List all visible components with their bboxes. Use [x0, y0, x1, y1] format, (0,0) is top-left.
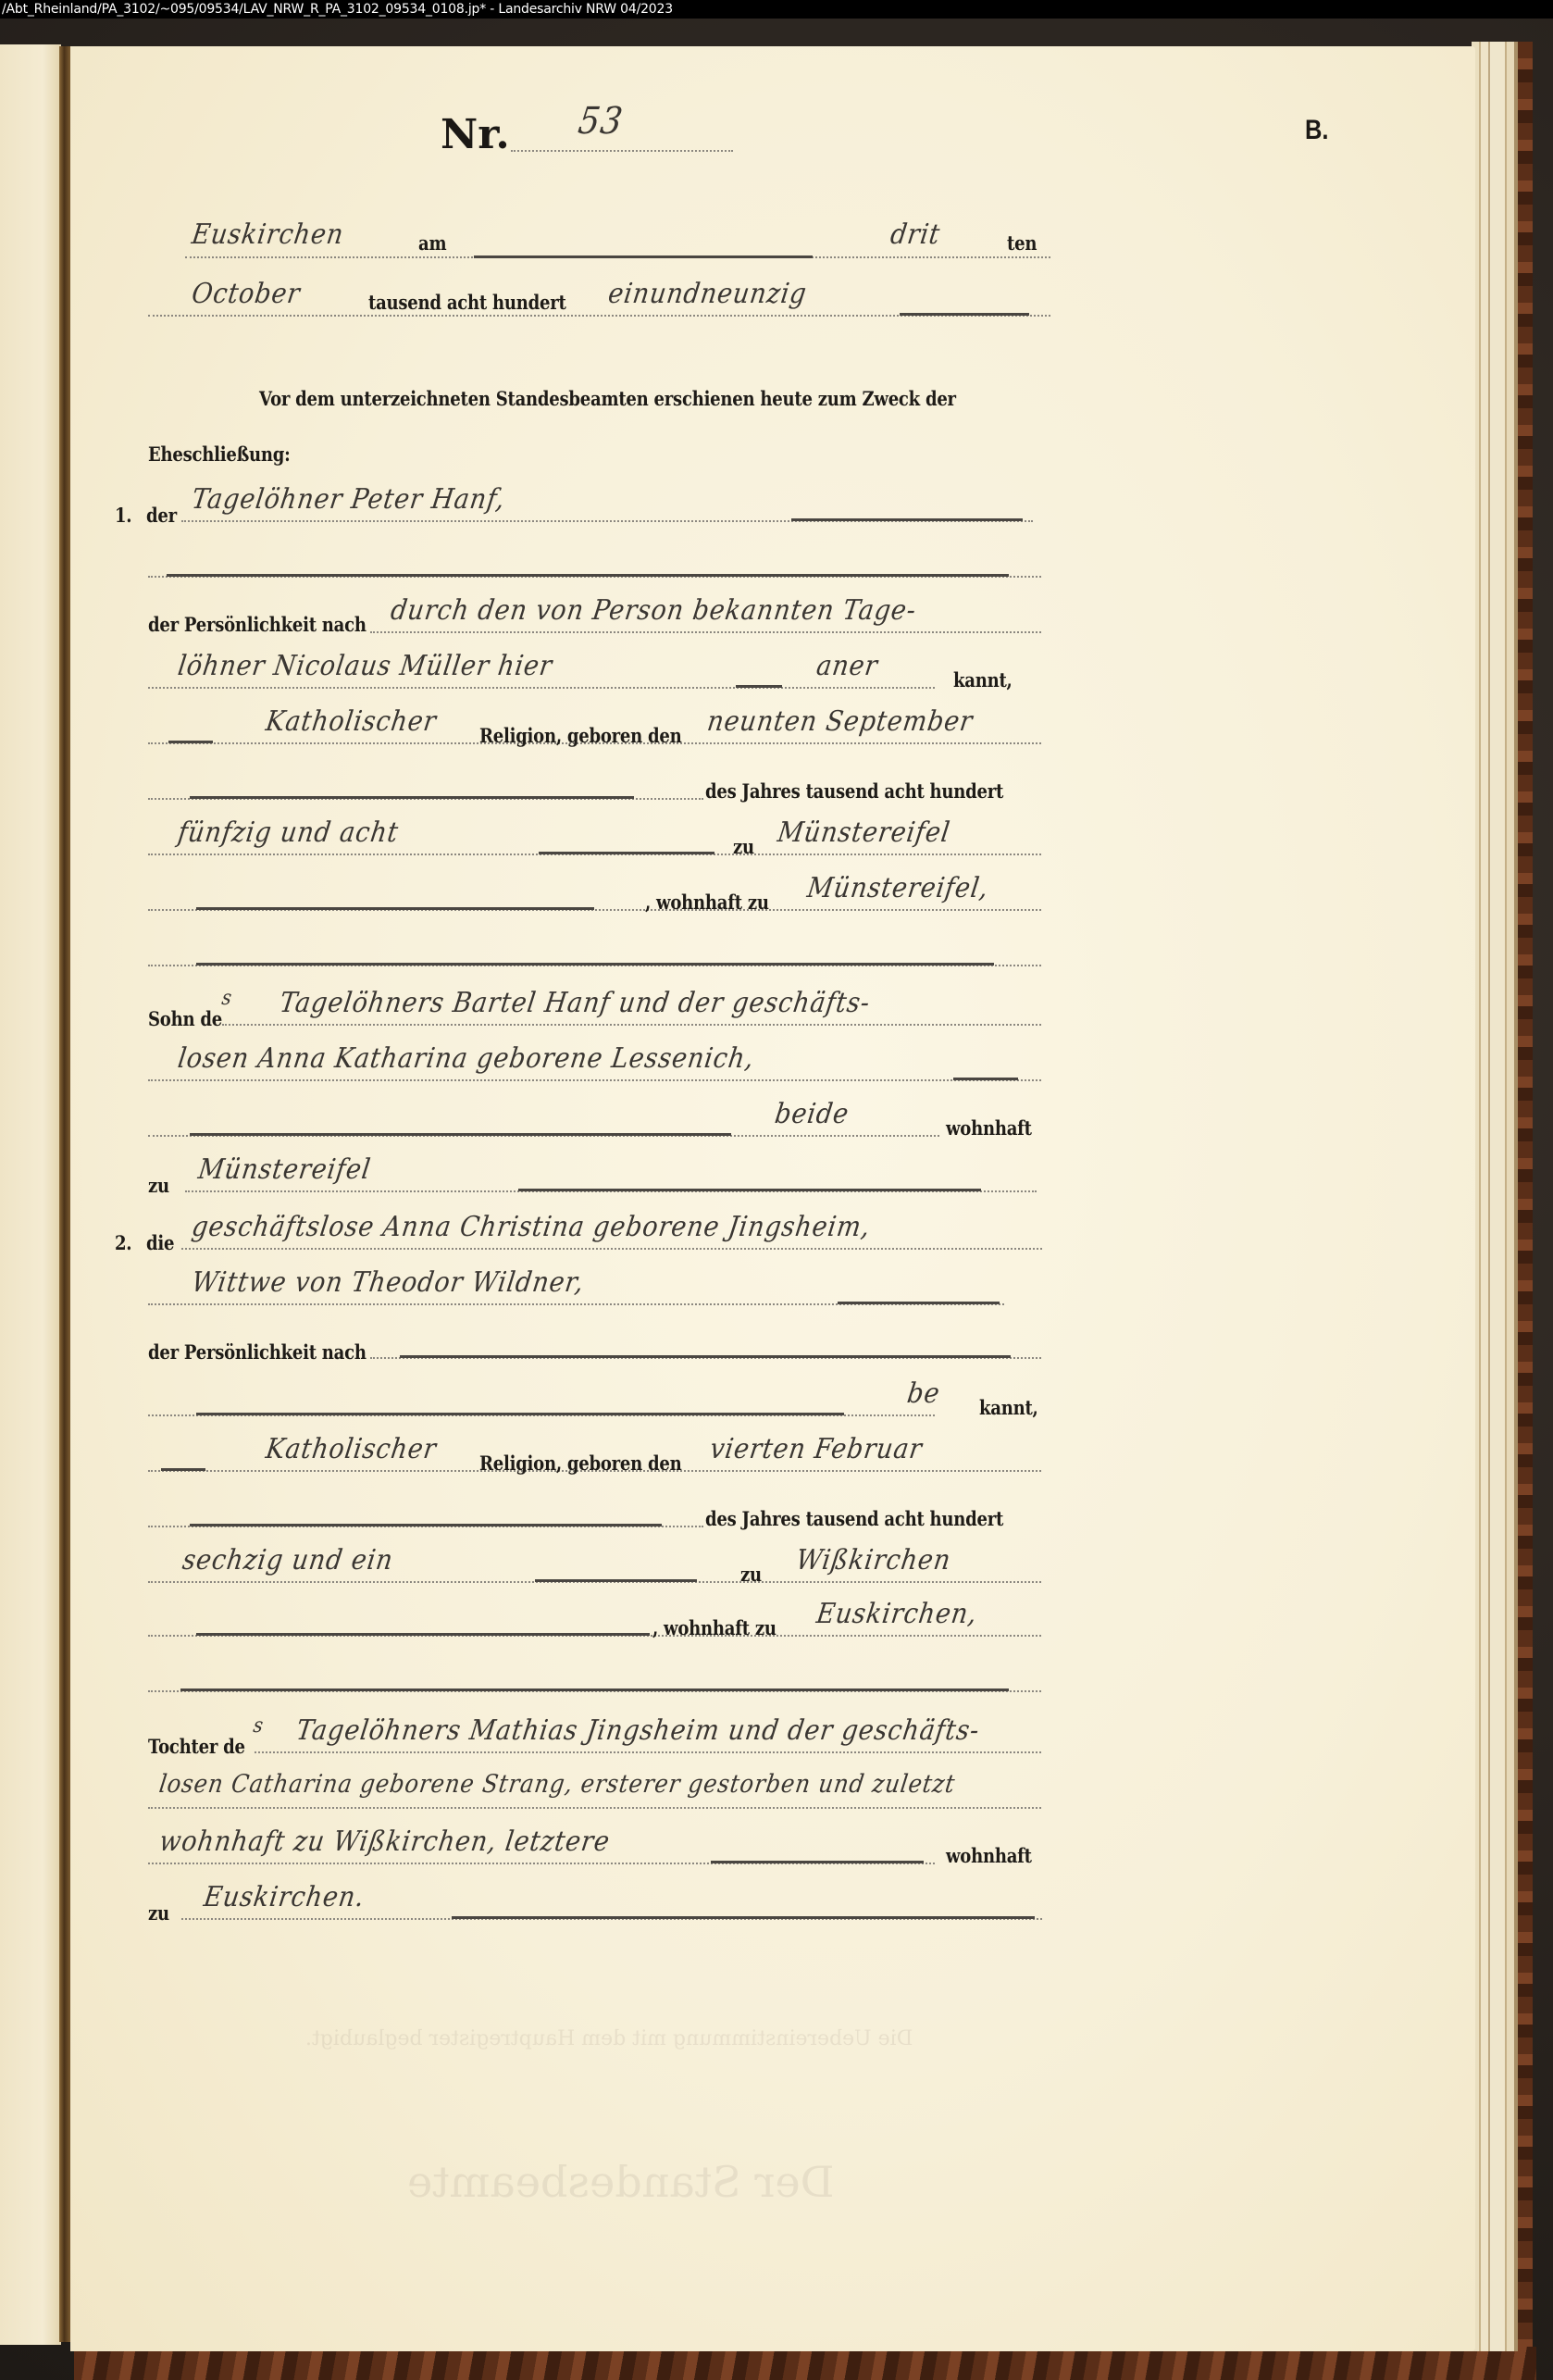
appeared-text: Vor dem unterzeichneten Standesbeamten e…	[259, 387, 956, 410]
bride-parents-wohnhaft: wohnhaft	[946, 1844, 1032, 1867]
strike-line	[168, 741, 213, 743]
bride-identity-label: der Persönlichkeit nach	[148, 1340, 367, 1364]
strike-line	[190, 1133, 731, 1136]
strike-line	[900, 313, 1029, 316]
bride-kannt-label: kannt,	[979, 1396, 1038, 1419]
bride-birth-day-value: vierten Februar	[708, 1433, 925, 1465]
am-label: am	[418, 231, 446, 255]
bride-religion-value: Katholischer	[264, 1433, 439, 1465]
bride-parents-residence: Euskirchen.	[202, 1881, 367, 1913]
bride-birth-place-value: Wißkirchen	[794, 1544, 953, 1576]
bride-name-value2: Wittwe von Theodor Wildner,	[190, 1266, 586, 1299]
place-value: Euskirchen	[190, 218, 346, 251]
groom-identity-line2	[148, 687, 935, 689]
groom-parents-suffix: s	[220, 987, 234, 1010]
groom-religion-label: Religion, geboren den	[479, 724, 682, 747]
year-value: einundneunzig	[606, 278, 809, 310]
groom-number: 1.	[115, 504, 131, 527]
bride-parents-line1	[255, 1751, 1041, 1753]
strike-line	[400, 1355, 1011, 1358]
bride-parents-suffix: s	[252, 1714, 266, 1738]
strike-line	[711, 1861, 924, 1863]
groom-year-label: des Jahres tausend acht hundert	[705, 779, 1003, 803]
bleed-through-certification: Die Uebereinstimmung mit dem Hauptregist…	[305, 2027, 913, 2050]
strike-line	[196, 1413, 844, 1415]
year-prefix-label: tausend acht hundert	[368, 291, 566, 314]
strike-line	[161, 1468, 205, 1471]
strike-line	[474, 255, 813, 258]
groom-parents-line2	[148, 1079, 1041, 1081]
groom-birth-place-value: Münstereifel	[776, 816, 952, 849]
bride-parents-value1: Tagelöhners Mathias Jingsheim und der ge…	[294, 1714, 982, 1747]
strike-line	[953, 1078, 1018, 1080]
groom-identity-line1	[370, 631, 1041, 633]
bride-identity-be: be	[905, 1377, 942, 1410]
strike-line	[180, 1688, 1009, 1691]
day-value: drit	[888, 218, 942, 251]
strike-line	[736, 685, 782, 688]
groom-parents-value1: Tagelöhners Bartel Hanf und der geschäft…	[278, 987, 872, 1019]
strike-line	[452, 1916, 1035, 1919]
bride-parents-zu: zu	[148, 1901, 169, 1925]
groom-religion-value: Katholischer	[264, 705, 439, 738]
groom-birth-day-value: neunten September	[705, 705, 975, 738]
groom-identity-aner: aner	[814, 650, 880, 682]
strike-line	[190, 1524, 662, 1526]
bride-birth-year-value: sechzig und ein	[180, 1544, 395, 1576]
bride-residence-value: Euskirchen,	[814, 1598, 979, 1630]
record-number-value: 53	[576, 100, 626, 143]
groom-parents-zu: zu	[148, 1174, 169, 1197]
bride-residence-label: , wohnhaft zu	[652, 1616, 776, 1639]
purpose-label: Eheschließung:	[148, 442, 291, 466]
groom-parents-value2: losen Anna Katharina geborene Lessenich,	[176, 1042, 756, 1075]
bride-parents-value3: wohnhaft zu Wißkirchen, letztere	[157, 1825, 612, 1858]
strike-line	[539, 852, 714, 854]
strike-line	[838, 1302, 1000, 1304]
strike-line	[190, 796, 634, 799]
form-letter: B.	[1305, 115, 1329, 146]
groom-identity-value1: durch den von Person bekannten Tage-	[389, 594, 918, 627]
bride-parents-label: Tochter de	[148, 1735, 245, 1758]
record-number-line	[511, 150, 733, 152]
bride-parents-value2: losen Catharina geborene Strang, erstere…	[157, 1770, 957, 1799]
groom-residence-label: , wohnhaft zu	[645, 891, 769, 914]
bride-zu-label: zu	[740, 1563, 762, 1586]
groom-article: der	[146, 504, 177, 527]
bride-name-line1	[181, 1248, 1042, 1250]
bride-year-label: des Jahres tausend acht hundert	[705, 1507, 1003, 1530]
marriage-record: Die Uebereinstimmung mit dem Hauptregist…	[0, 0, 1553, 2380]
groom-name-value: Tagelöhner Peter Hanf,	[190, 483, 507, 516]
ten-label: ten	[1007, 231, 1037, 255]
groom-birth-year-value: fünfzig und acht	[176, 816, 401, 849]
groom-zu-label: zu	[733, 835, 754, 858]
bleed-through-signature-title: Der Standesbeamte	[407, 2157, 834, 2207]
groom-identity-label: der Persönlichkeit nach	[148, 613, 367, 636]
bride-name-value1: geschäftslose Anna Christina geborene Ji…	[190, 1211, 873, 1243]
strike-line	[196, 1633, 650, 1636]
strike-line	[167, 574, 1009, 577]
bride-religion-label: Religion, geboren den	[479, 1452, 682, 1475]
groom-identity-value2: löhner Nicolaus Müller hier	[176, 650, 554, 682]
groom-parents-residence: Münstereifel	[196, 1153, 373, 1186]
month-value: October	[190, 278, 303, 310]
groom-kannt-label: kannt,	[953, 668, 1013, 692]
groom-parents-label: Sohn de	[148, 1007, 222, 1030]
groom-parents-wohnhaft: wohnhaft	[946, 1116, 1032, 1140]
groom-parents-both: beide	[773, 1098, 851, 1130]
strike-line	[518, 1189, 981, 1191]
strike-line	[196, 963, 994, 966]
strike-line	[791, 518, 1023, 521]
groom-parents-line1	[222, 1024, 1041, 1026]
bride-number: 2.	[115, 1231, 131, 1254]
bride-article: die	[146, 1231, 174, 1254]
groom-residence-value: Münstereifel,	[805, 872, 990, 904]
strike-line	[535, 1579, 697, 1582]
strike-line	[196, 907, 594, 910]
bride-parents-line2	[148, 1807, 1041, 1809]
record-number-label: Nr.	[441, 111, 510, 158]
